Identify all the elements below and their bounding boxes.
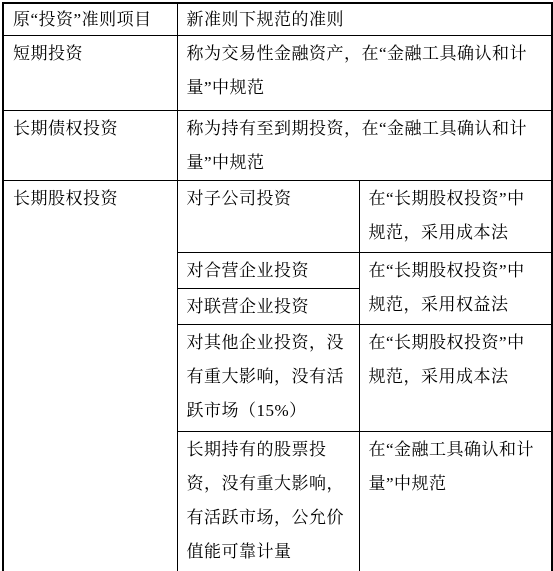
cell-long-term-debt-label: 长期债权投资 xyxy=(3,111,177,181)
cell-joint-venture-item: 对合营企业投资 xyxy=(177,253,359,289)
table-row-header: 原“投资”准则项目 新准则下规范的准则 xyxy=(3,3,552,36)
cell-long-term-debt-rule: 称为持有至到期投资，在“金融工具确认和计 量”中规范 xyxy=(177,111,552,181)
header-cell-original-item: 原“投资”准则项目 xyxy=(3,3,177,36)
cell-joint-associate-rule: 在“长期股权投资”中 规范，采用权益法 xyxy=(359,253,552,325)
cell-associate-item: 对联营企业投资 xyxy=(177,289,359,325)
cell-short-term-label: 短期投资 xyxy=(3,36,177,111)
table-row-long-term-debt: 长期债权投资 称为持有至到期投资，在“金融工具确认和计 量”中规范 xyxy=(3,111,552,181)
cell-other-enterprise-rule: 在“长期股权投资”中 规范，采用成本法 xyxy=(359,325,552,432)
cell-long-term-equity-label: 长期股权投资 xyxy=(3,181,177,571)
cell-subsidiary-rule: 在“长期股权投资”中 规范，采用成本法 xyxy=(359,181,552,253)
investment-standards-table: 原“投资”准则项目 新准则下规范的准则 短期投资 称为交易性金融资产，在“金融工… xyxy=(2,2,553,571)
table-row-short-term: 短期投资 称为交易性金融资产，在“金融工具确认和计 量”中规范 xyxy=(3,36,552,111)
cell-long-held-stock-item: 长期持有的股票投 资，没有重大影响， 有活跃市场，公允价 值能可靠计量 xyxy=(177,432,359,571)
cell-subsidiary-item: 对子公司投资 xyxy=(177,181,359,253)
cell-other-enterprise-item: 对其他企业投资，没 有重大影响，没有活 跃市场（15%） xyxy=(177,325,359,432)
table-row-subsidiary: 长期股权投资 对子公司投资 在“长期股权投资”中 规范，采用成本法 xyxy=(3,181,552,253)
cell-short-term-rule: 称为交易性金融资产，在“金融工具确认和计 量”中规范 xyxy=(177,36,552,111)
header-cell-new-standard: 新准则下规范的准则 xyxy=(177,3,552,36)
cell-long-held-stock-rule: 在“金融工具确认和计 量”中规范 xyxy=(359,432,552,571)
